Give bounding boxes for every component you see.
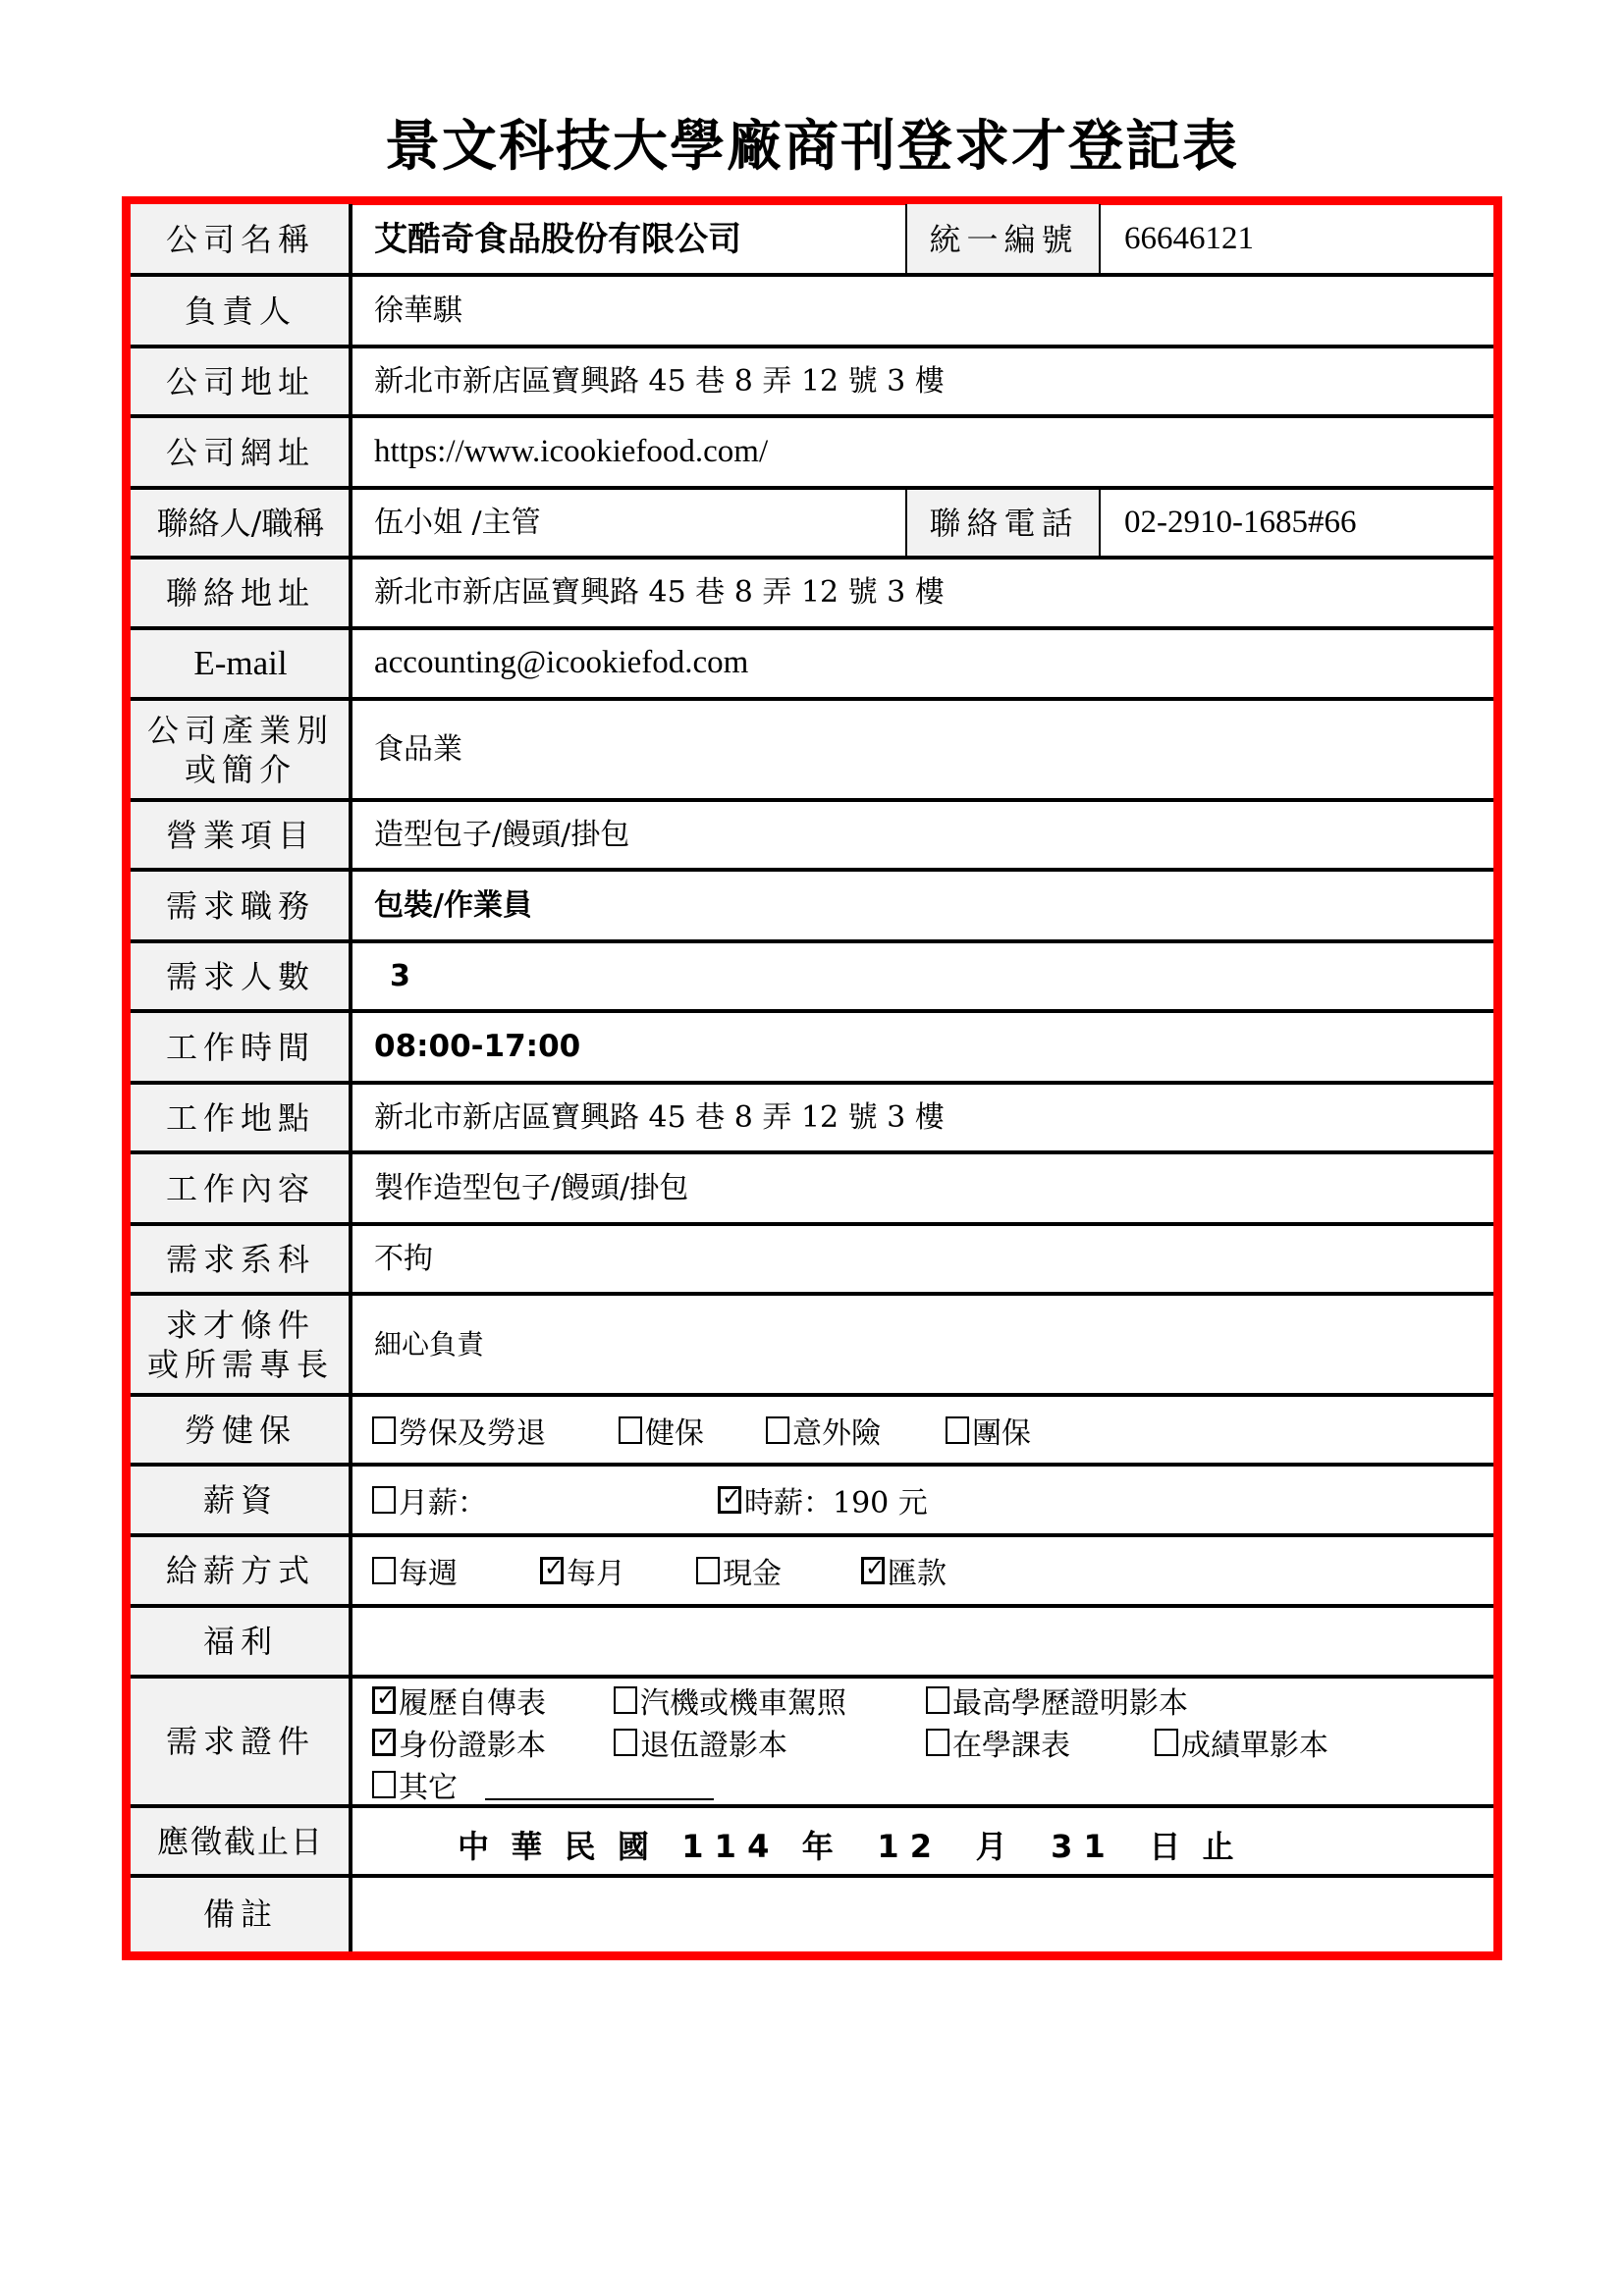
row-divider	[131, 1874, 1493, 1878]
label-documents: 需求證件	[131, 1677, 351, 1806]
label-pay-method: 給薪方式	[131, 1535, 351, 1606]
checkbox-other[interactable]: 其它	[372, 1765, 458, 1804]
industry-value: 食品業	[351, 699, 1493, 800]
row-divider	[131, 273, 1493, 277]
row-divider	[131, 939, 1493, 943]
requirements-value: 細心負責	[351, 1294, 1493, 1395]
label-position: 需求職務	[131, 870, 351, 941]
phone-value: 02-2910-1685#66	[1101, 488, 1493, 558]
work-content-value: 製作造型包子/饅頭/掛包	[351, 1152, 1493, 1224]
checkbox-icon[interactable]	[372, 1771, 396, 1798]
business-value: 造型包子/饅頭/掛包	[351, 800, 1493, 870]
label-department: 需求系科	[131, 1224, 351, 1294]
label-work-hours: 工作時間	[131, 1011, 351, 1083]
label-industry: 公司產業別 或簡介	[131, 699, 351, 800]
benefits-value	[351, 1606, 1493, 1677]
checkbox-checked-icon[interactable]	[372, 1729, 396, 1756]
position-value: 包裝/作業員	[351, 870, 1493, 941]
row-divider	[131, 1675, 1493, 1679]
label-insurance: 勞健保	[131, 1395, 351, 1465]
label-tax-id: 統一編號	[907, 204, 1101, 275]
row-divider	[131, 345, 1493, 348]
checkbox-icon[interactable]	[926, 1686, 949, 1714]
checkbox-hourly-salary[interactable]: 時薪：190 元	[718, 1465, 928, 1535]
label-email: E-mail	[131, 628, 351, 699]
deadline-value: 中 華 民 國 1 1 4 年 1 2 月 3 1 日 止	[458, 1822, 1234, 1867]
label-requirements-line1: 求才條件	[166, 1306, 315, 1345]
checkbox-checked-icon[interactable]	[718, 1486, 741, 1514]
checkbox-diploma[interactable]: 最高學歷證明影本	[926, 1681, 1188, 1720]
contact-value: 伍小姐 /主管	[351, 488, 907, 558]
row-divider	[131, 486, 1493, 490]
work-location-value: 新北市新店區寶興路 45 巷 8 弄 12 號 3 樓	[351, 1083, 1493, 1152]
row-divider	[131, 1222, 1493, 1226]
checkbox-driver-license[interactable]: 汽機或機車駕照	[614, 1681, 846, 1720]
column-divider	[349, 204, 352, 1951]
checkbox-monthly-salary[interactable]: 月薪：	[372, 1465, 487, 1535]
checkbox-accident-insurance[interactable]: 意外險	[766, 1395, 881, 1465]
checkbox-group-insurance[interactable]: 團保	[946, 1395, 1031, 1465]
checkbox-weekly[interactable]: 每週	[372, 1535, 458, 1606]
label-remarks: 備註	[131, 1876, 351, 1951]
headcount-value: 3	[351, 941, 1493, 1011]
checkbox-id-copy[interactable]: 身份證影本	[372, 1723, 546, 1762]
website-value[interactable]: https://www.icookiefood.com/	[351, 416, 1493, 488]
checkbox-transcript[interactable]: 成績單影本	[1155, 1723, 1328, 1762]
checkbox-icon[interactable]	[614, 1686, 637, 1714]
row-divider	[131, 697, 1493, 701]
label-website: 公司網址	[131, 416, 351, 488]
company-name-value: 艾酷奇食品股份有限公司	[351, 204, 907, 275]
checkbox-icon[interactable]	[926, 1729, 949, 1756]
checkbox-checked-icon[interactable]	[372, 1686, 396, 1714]
row-divider	[131, 1533, 1493, 1537]
label-benefits: 福利	[131, 1606, 351, 1677]
column-divider	[1099, 488, 1101, 558]
row-divider	[131, 868, 1493, 872]
row-divider	[131, 1604, 1493, 1608]
checkbox-resume[interactable]: 履歷自傳表	[372, 1681, 546, 1720]
checkbox-icon[interactable]	[946, 1416, 969, 1444]
row-divider	[131, 1292, 1493, 1296]
row-divider	[131, 556, 1493, 560]
checkbox-health-insurance[interactable]: 健保	[619, 1395, 704, 1465]
checkbox-icon[interactable]	[614, 1729, 637, 1756]
label-contact-address: 聯絡地址	[131, 558, 351, 628]
row-divider	[131, 1804, 1493, 1808]
work-hours-value: 08:00-17:00	[351, 1011, 1493, 1083]
label-headcount: 需求人數	[131, 941, 351, 1011]
checkbox-checked-icon[interactable]	[540, 1557, 564, 1584]
owner-value: 徐華騏	[351, 275, 1493, 347]
column-divider	[905, 204, 907, 275]
email-value[interactable]: accounting@icookiefod.com	[351, 628, 1493, 699]
label-phone: 聯絡電話	[907, 488, 1101, 558]
checkbox-checked-icon[interactable]	[861, 1557, 885, 1584]
label-owner: 負責人	[131, 275, 351, 347]
label-deadline: 應徵截止日	[131, 1806, 351, 1876]
label-company-name: 公司名稱	[131, 204, 351, 275]
label-requirements: 求才條件 或所需專長	[131, 1294, 351, 1395]
label-industry-line1: 公司產業別	[147, 711, 334, 750]
other-blank-line[interactable]	[485, 1798, 714, 1800]
contact-address-value: 新北市新店區寶興路 45 巷 8 弄 12 號 3 樓	[351, 558, 1493, 628]
checkbox-cash[interactable]: 現金	[696, 1535, 782, 1606]
row-divider	[131, 1150, 1493, 1154]
checkbox-class-schedule[interactable]: 在學課表	[926, 1723, 1070, 1762]
checkbox-icon[interactable]	[372, 1486, 396, 1514]
label-requirements-line2: 或所需專長	[147, 1345, 334, 1384]
label-work-location: 工作地點	[131, 1083, 351, 1152]
label-company-address: 公司地址	[131, 347, 351, 416]
checkbox-icon[interactable]	[372, 1416, 396, 1444]
label-business: 營業項目	[131, 800, 351, 870]
row-divider	[131, 798, 1493, 802]
label-contact: 聯絡人/職稱	[131, 488, 351, 558]
checkbox-labor-insurance[interactable]: 勞保及勞退	[372, 1395, 546, 1465]
department-value: 不拘	[351, 1224, 1493, 1294]
checkbox-icon[interactable]	[372, 1557, 396, 1584]
checkbox-transfer[interactable]: 匯款	[861, 1535, 947, 1606]
checkbox-icon[interactable]	[619, 1416, 642, 1444]
checkbox-icon[interactable]	[696, 1557, 720, 1584]
row-divider	[131, 1463, 1493, 1467]
label-industry-line2: 或簡介	[185, 750, 297, 789]
remarks-value	[351, 1876, 1493, 1951]
page-title: 景文科技大學廠商刊登求才登記表	[0, 116, 1624, 179]
tax-id-value: 66646121	[1101, 204, 1493, 275]
row-divider	[131, 626, 1493, 630]
checkbox-monthly[interactable]: 每月	[540, 1535, 625, 1606]
label-salary: 薪資	[131, 1465, 351, 1535]
row-divider	[131, 1393, 1493, 1397]
checkbox-discharge-cert[interactable]: 退伍證影本	[614, 1723, 787, 1762]
checkbox-icon[interactable]	[1155, 1729, 1178, 1756]
column-divider	[1099, 204, 1101, 275]
row-divider	[131, 1081, 1493, 1085]
checkbox-icon[interactable]	[766, 1416, 789, 1444]
column-divider	[905, 488, 907, 558]
company-address-value: 新北市新店區寶興路 45 巷 8 弄 12 號 3 樓	[351, 347, 1493, 416]
row-divider	[131, 414, 1493, 418]
label-work-content: 工作內容	[131, 1152, 351, 1224]
row-divider	[131, 1009, 1493, 1013]
